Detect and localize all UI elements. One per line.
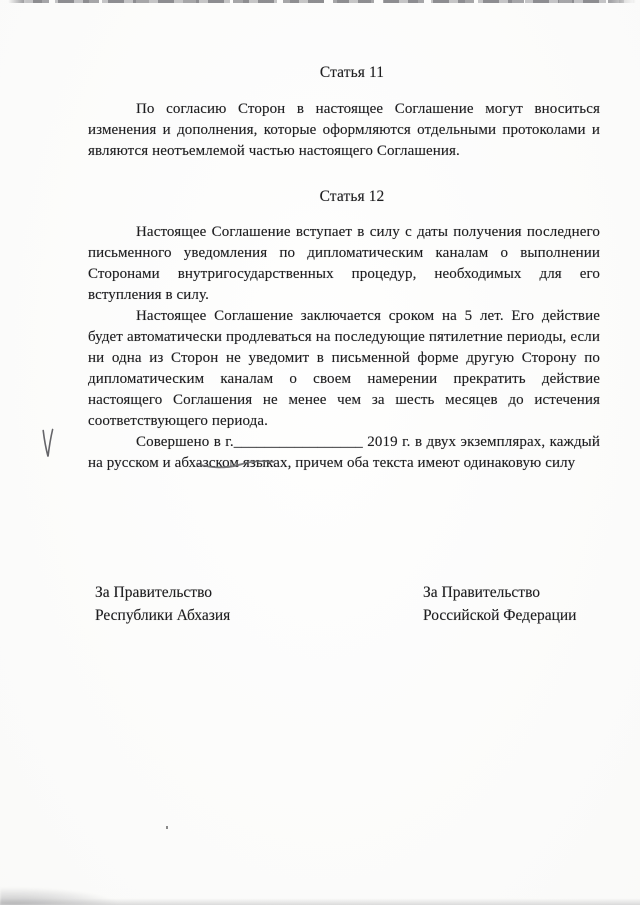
signature-line-republic-of-abkhazia: Республики Абхазия xyxy=(95,604,230,627)
signature-block-abkhazia: За Правительство Республики Абхазия xyxy=(95,581,230,627)
signature-block-russia: За Правительство Российской Федерации xyxy=(423,581,576,627)
scan-artifact-top-edge xyxy=(8,0,636,3)
article-11-paragraph: По согласию Сторон в настоящее Соглашени… xyxy=(88,99,600,162)
signature-line-for-government: За Правительство xyxy=(95,581,230,604)
pencil-underline-mark xyxy=(196,458,276,471)
article-12-paragraph-entry-into-force: Настоящее Соглашение вступает в силу с д… xyxy=(88,222,600,306)
article-12-paragraph-done-at: Совершено в г._________________ 2019 г. … xyxy=(88,432,600,474)
article-11-body: По согласию Сторон в настоящее Соглашени… xyxy=(88,99,600,162)
article-12-heading: Статья 12 xyxy=(96,186,608,207)
signature-line-russian-federation: Российской Федерации xyxy=(423,604,576,627)
article-12-body: Настоящее Соглашение вступает в силу с д… xyxy=(88,222,600,474)
signature-line-for-government: За Правительство xyxy=(423,581,576,604)
scan-speck xyxy=(166,826,168,829)
scan-artifact-bottom-edge xyxy=(0,896,640,905)
article-12-paragraph-duration: Настоящее Соглашение заключается сроком … xyxy=(88,306,600,432)
article-11-heading: Статья 11 xyxy=(96,62,608,83)
scanned-document-page: Статья 11 По согласию Сторон в настоящее… xyxy=(0,0,640,905)
handwritten-v-mark xyxy=(40,428,56,460)
